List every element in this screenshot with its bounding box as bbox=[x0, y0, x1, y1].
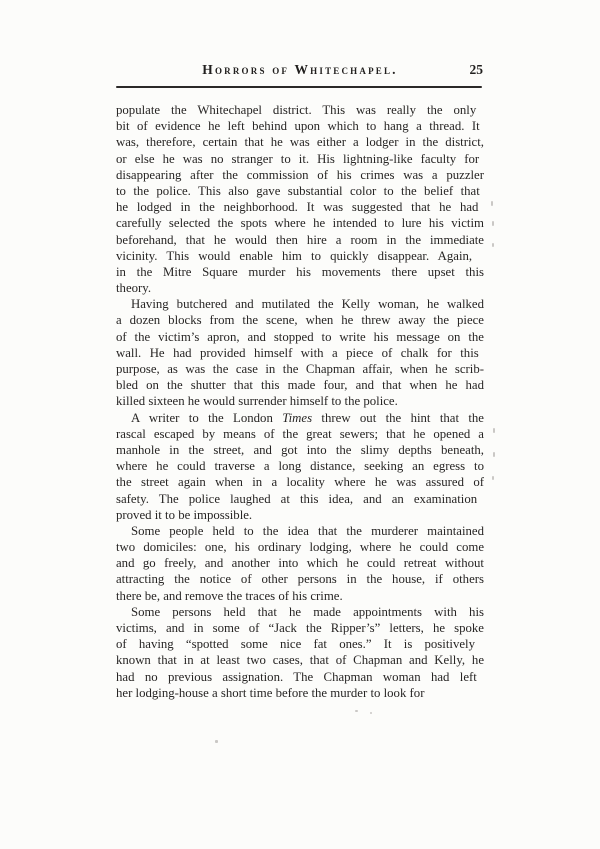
scan-speck bbox=[492, 243, 494, 247]
text-line: Having butchered and mutilated the Kelly… bbox=[116, 296, 484, 312]
text-line: proved it to be impossible. bbox=[116, 507, 484, 523]
text-line: two domiciles: one, his ordinary lodging… bbox=[116, 539, 484, 555]
text-line: had no previous assignation. The Chapman… bbox=[116, 669, 484, 685]
text-block: populate the Whitechapel district. This … bbox=[116, 102, 484, 701]
book-page: Horrors of Whitechapel. 25 populate the … bbox=[0, 0, 600, 849]
text-line: attracting the notice of other persons i… bbox=[116, 571, 484, 587]
text-line: wall. He had provided himself with a pie… bbox=[116, 345, 484, 361]
paragraph: Some persons held that he made appointme… bbox=[116, 604, 484, 701]
text-line: Some people held to the idea that the mu… bbox=[116, 523, 484, 539]
header-rule bbox=[116, 86, 482, 88]
text-line: known that in at least two cases, that o… bbox=[116, 652, 484, 668]
running-header-title: Horrors of Whitechapel. bbox=[116, 61, 484, 79]
text-line: vicinity. This would enable him to quick… bbox=[116, 248, 484, 264]
paragraph: Having butchered and mutilated the Kelly… bbox=[116, 296, 484, 409]
scan-speck bbox=[355, 710, 358, 712]
paragraph: Some people held to the idea that the mu… bbox=[116, 523, 484, 604]
text-line: Some persons held that he made appointme… bbox=[116, 604, 484, 620]
text-line: beforehand, that he would then hire a ro… bbox=[116, 232, 484, 248]
text-line: manhole in the street, and got into the … bbox=[116, 442, 484, 458]
text-line: her lodging-house a short time before th… bbox=[116, 685, 484, 701]
text-line: or else he was no stranger to it. His li… bbox=[116, 151, 484, 167]
text-line: victims, and in some of “Jack the Ripper… bbox=[116, 620, 484, 636]
text-line: he lodged in the neighborhood. It was su… bbox=[116, 199, 484, 215]
text-line: of the victim’s apron, and stopped to wr… bbox=[116, 329, 484, 345]
paragraph: A writer to the London Times threw out t… bbox=[116, 410, 484, 523]
text-line: killed sixteen he would surrender himsel… bbox=[116, 393, 484, 409]
text-line: where he could traverse a long distance,… bbox=[116, 458, 484, 474]
text-line: to the police. This also gave substantia… bbox=[116, 183, 484, 199]
running-header: Horrors of Whitechapel. 25 bbox=[116, 61, 484, 81]
text-line: carefully selected the spots where he in… bbox=[116, 215, 484, 231]
text-line: a dozen blocks from the scene, when he t… bbox=[116, 312, 484, 328]
text-line: disappearing after the commission of his… bbox=[116, 167, 484, 183]
text-line: safety. The police laughed at this idea,… bbox=[116, 491, 484, 507]
text-line: populate the Whitechapel district. This … bbox=[116, 102, 484, 118]
text-line: purpose, as was the case in the Chapman … bbox=[116, 361, 484, 377]
text-line: the street again when in a locality wher… bbox=[116, 474, 484, 490]
text-line: and go freely, and another into which he… bbox=[116, 555, 484, 571]
text-line: was, therefore, certain that he was eith… bbox=[116, 134, 484, 150]
text-line: rascal escaped by means of the great sew… bbox=[116, 426, 484, 442]
scan-speck bbox=[492, 221, 494, 226]
text-line: of having “spotted some nice fat ones.” … bbox=[116, 636, 484, 652]
text-line: there be, and remove the traces of his c… bbox=[116, 588, 484, 604]
text-line: A writer to the London Times threw out t… bbox=[116, 410, 484, 426]
scan-speck bbox=[491, 201, 493, 206]
scan-speck bbox=[493, 428, 495, 433]
text-line: in the Mitre Square murder his movements… bbox=[116, 264, 484, 280]
page-number: 25 bbox=[470, 61, 484, 79]
paragraph: populate the Whitechapel district. This … bbox=[116, 102, 484, 296]
scan-speck bbox=[215, 740, 218, 743]
scan-speck bbox=[492, 476, 494, 480]
text-line: bled on the shutter that this made four,… bbox=[116, 377, 484, 393]
scan-speck bbox=[493, 452, 495, 457]
text-line: theory. bbox=[116, 280, 484, 296]
text-line: bit of evidence he left behind upon whic… bbox=[116, 118, 484, 134]
scan-speck bbox=[370, 712, 372, 714]
